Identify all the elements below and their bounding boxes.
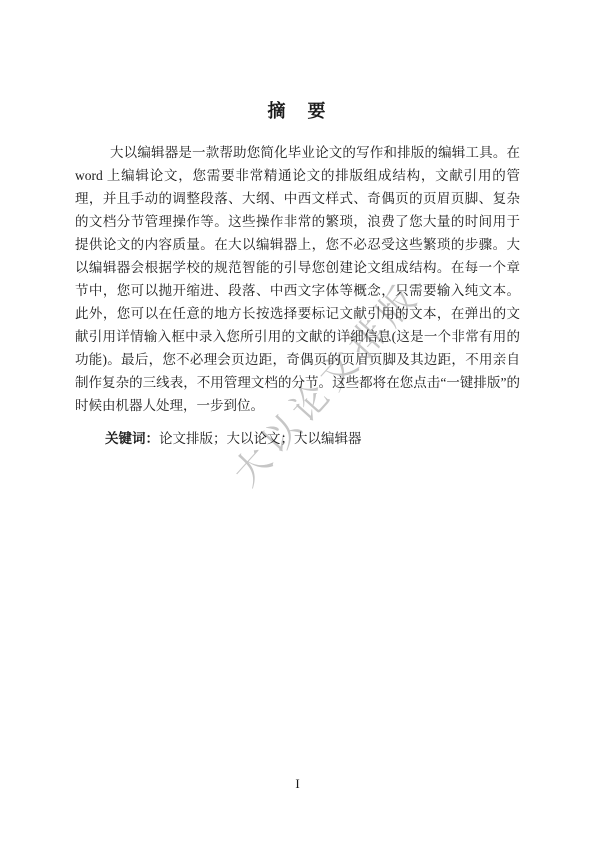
abstract-paragraph: 大以编辑器是一款帮助您简化毕业论文的写作和排版的编辑工具。在 word 上编辑论… <box>75 141 520 417</box>
page-number: I <box>0 776 595 792</box>
page-title: 摘 要 <box>0 97 595 123</box>
keywords-label: 关键词： <box>105 431 159 446</box>
keywords-line: 关键词：论文排版；大以论文；大以编辑器 <box>75 427 520 450</box>
keywords-text: 论文排版；大以论文；大以编辑器 <box>159 431 362 446</box>
document-page: 大以论文排版 摘 要 大以编辑器是一款帮助您简化毕业论文的写作和排版的编辑工具。… <box>0 0 595 842</box>
